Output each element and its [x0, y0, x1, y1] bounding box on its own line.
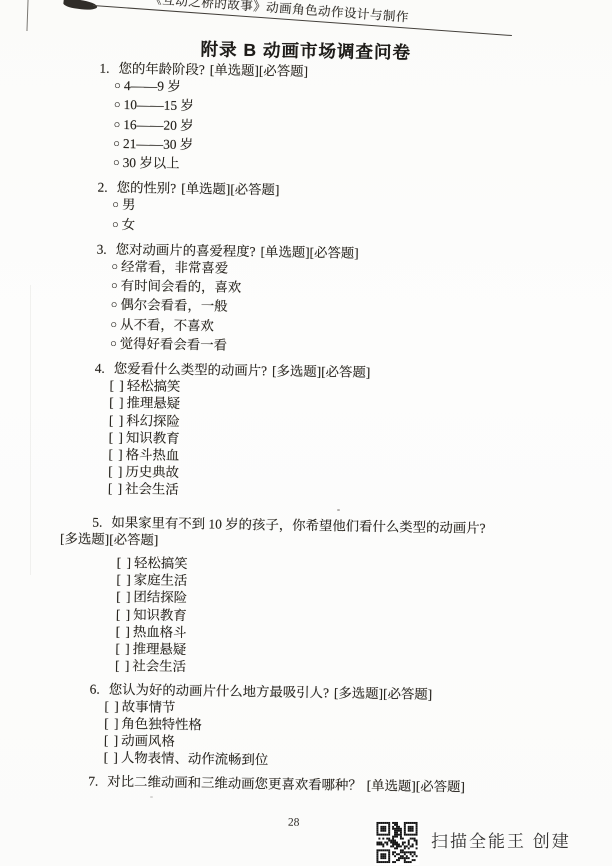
checkbox-icon: [ ]	[104, 733, 120, 748]
option-label: 推理悬疑	[126, 396, 180, 412]
option-label: 10——15 岁	[123, 97, 194, 113]
option-label: 历史典故	[125, 464, 179, 480]
checkbox-icon: [ ]	[109, 378, 125, 393]
radio-icon: ○	[112, 218, 119, 230]
checkbox-icon: [ ]	[116, 572, 132, 587]
option-label: 男	[122, 197, 136, 212]
question-type-tags: [多选题][必答题]	[272, 363, 370, 380]
radio-icon: ○	[112, 199, 119, 211]
question-text: 对比二维动画和三维动画您更喜欢看哪种？	[107, 773, 362, 792]
option-list: [ ]轻松搞笑[ ]家庭生活[ ]团结探险[ ]知识教育[ ]热血格斗[ ]推理…	[53, 553, 546, 681]
radio-icon: ○	[111, 280, 118, 292]
checkbox-icon: [ ]	[104, 698, 120, 713]
question-number: 3.	[97, 241, 107, 256]
option-label: 科幻探险	[126, 413, 180, 429]
option-label: 16——20 岁	[123, 117, 194, 133]
option-label: 格斗热血	[126, 447, 180, 463]
qr-code	[374, 820, 420, 865]
option-label: 觉得好看会看一看	[120, 336, 227, 353]
option-list: ○男○女	[60, 195, 552, 241]
option-label: 知识教育	[133, 607, 187, 623]
checkbox-icon: [ ]	[116, 607, 132, 622]
option-label: 4——9 岁	[124, 78, 181, 94]
option-label: 30 岁以上	[123, 155, 180, 171]
option-label: 有时间会看的，喜欢	[121, 278, 242, 295]
question-type-tags: [多选题][必答题]	[60, 531, 158, 548]
option-label: 社会生活	[125, 482, 179, 498]
checkbox-icon: [ ]	[108, 447, 124, 462]
question-number: 6.	[90, 681, 100, 696]
document-body: 附录 B 动画市场调查问卷 1.您的年龄阶段?[单选题][必答题]○4——9 岁…	[0, 35, 612, 833]
checkbox-icon: [ ]	[109, 412, 125, 427]
question-block: 5.如果家里有不到 10 岁的孩子，你希望他们看什么类型的动画片?[多选题][必…	[53, 513, 546, 682]
option-label: 从不看，不喜欢	[120, 317, 214, 333]
option-label: 故事情节	[122, 699, 176, 715]
checkbox-icon: [ ]	[108, 464, 124, 479]
checkbox-icon: [ ]	[116, 624, 132, 639]
checkbox-icon: [ ]	[109, 430, 125, 445]
question-text: 如果家里有不到 10 岁的孩子，你希望他们看什么类型的动画片?	[111, 515, 485, 536]
option-label: 社会生活	[132, 659, 186, 675]
option-label: 团结探险	[133, 590, 187, 606]
checkbox-icon: [ ]	[104, 750, 120, 765]
option-label: 偶尔会看看，一般	[120, 297, 227, 314]
question-number: 2.	[98, 180, 108, 195]
radio-icon: ○	[111, 299, 118, 311]
checkbox-icon: [ ]	[116, 589, 132, 604]
question-block: 1.您的年龄阶段?[单选题][必答题]○4——9 岁○10——15 岁○16——…	[61, 59, 554, 180]
question-type-tags: [多选题][必答题]	[334, 685, 432, 702]
radio-icon: ○	[113, 157, 120, 169]
question-text: 您的年龄阶段?	[118, 61, 205, 77]
question-block: 7.对比二维动画和三维动画您更喜欢看哪种？[单选题][必答题]	[51, 771, 542, 796]
scanned-page: 《互动之桥的故事》动画角色动作设计与制作 附录 B 动画市场调查问卷 1.您的年…	[0, 0, 612, 866]
option-label: 热血格斗	[133, 624, 187, 640]
checkbox-icon: [ ]	[109, 395, 125, 410]
question-text: 您对动画片的喜爱程度?	[116, 242, 256, 259]
option-label: 知识教育	[126, 430, 180, 446]
radio-icon: ○	[114, 99, 121, 111]
question-text: 您爱看什么类型的动画片?	[114, 361, 267, 378]
radio-icon: ○	[114, 80, 121, 92]
option-list: ○4——9 岁○10——15 岁○16——20 岁○21——30 岁○30 岁以…	[61, 76, 553, 180]
question-type-tags: [单选题][必答题]	[181, 181, 279, 198]
radio-icon: ○	[111, 261, 118, 273]
question-number: 7.	[88, 773, 98, 788]
checkbox-icon: [ ]	[108, 481, 124, 496]
checkbox-icon: [ ]	[104, 716, 120, 731]
option-list: ○经常看，非常喜爱○有时间会看的，喜欢○偶尔会看看，一般○从不看，不喜欢○觉得好…	[58, 257, 550, 361]
question-type-tags: [单选题][必答题]	[210, 62, 308, 79]
option-label: 轻松搞笑	[134, 555, 188, 571]
scanner-watermark-text: 扫描全能王 创建	[431, 830, 571, 854]
checkbox-icon: [ ]	[115, 641, 131, 656]
option-list: [ ]轻松搞笑[ ]推理悬疑[ ]科幻探险[ ]知识教育[ ]格斗热血[ ]历史…	[56, 376, 549, 504]
option-label: 轻松搞笑	[127, 378, 181, 394]
question-text: 您认为好的动画片什么地方最吸引人?	[109, 681, 329, 699]
option-label: 动画风格	[121, 733, 175, 749]
option-label: 人物表情、动作流畅到位	[121, 750, 269, 767]
question-text: 您的性别?	[117, 180, 177, 196]
radio-icon: ○	[110, 338, 117, 350]
checkbox-icon: [ ]	[115, 658, 131, 673]
question-block: 3.您对动画片的喜爱程度?[单选题][必答题]○经常看，非常喜爱○有时间会看的，…	[58, 240, 551, 361]
option-label: 21——30 岁	[123, 136, 194, 152]
radio-icon: ○	[114, 118, 121, 130]
question-block: 2.您的性别?[单选题][必答题]○男○女	[60, 178, 552, 241]
question-block: 6.您认为好的动画片什么地方最吸引人?[多选题][必答题][ ]故事情节[ ]角…	[52, 679, 544, 773]
radio-icon: ○	[110, 318, 117, 330]
option-label: 经常看，非常喜爱	[121, 259, 228, 276]
question-number: 5.	[92, 514, 102, 529]
question-number: 4.	[95, 361, 105, 376]
checkbox-icon: [ ]	[117, 555, 133, 570]
question-line: 7.对比二维动画和三维动画您更喜欢看哪种？[单选题][必答题]	[51, 771, 542, 796]
option-label: 角色独特性格	[121, 716, 202, 732]
option-label: 女	[122, 217, 136, 232]
option-list: [ ]故事情节[ ]角色独特性格[ ]动画风格[ ]人物表情、动作流畅到位	[52, 697, 544, 774]
question-line: 5.如果家里有不到 10 岁的孩子，你希望他们看什么类型的动画片?[多选题][必…	[55, 513, 546, 555]
radio-icon: ○	[113, 138, 120, 150]
question-number: 1.	[99, 61, 109, 76]
question-list: 1.您的年龄阶段?[单选题][必答题]○4——9 岁○10——15 岁○16——…	[0, 58, 612, 797]
scan-edge-line	[26, 0, 28, 31]
question-type-tags: [单选题][必答题]	[367, 777, 465, 794]
question-block: 4.您爱看什么类型的动画片?[多选题][必答题][ ]轻松搞笑[ ]推理悬疑[ …	[56, 359, 549, 504]
question-type-tags: [单选题][必答题]	[260, 244, 358, 261]
option-label: 推理悬疑	[133, 641, 187, 657]
option-label: 家庭生活	[134, 573, 188, 589]
